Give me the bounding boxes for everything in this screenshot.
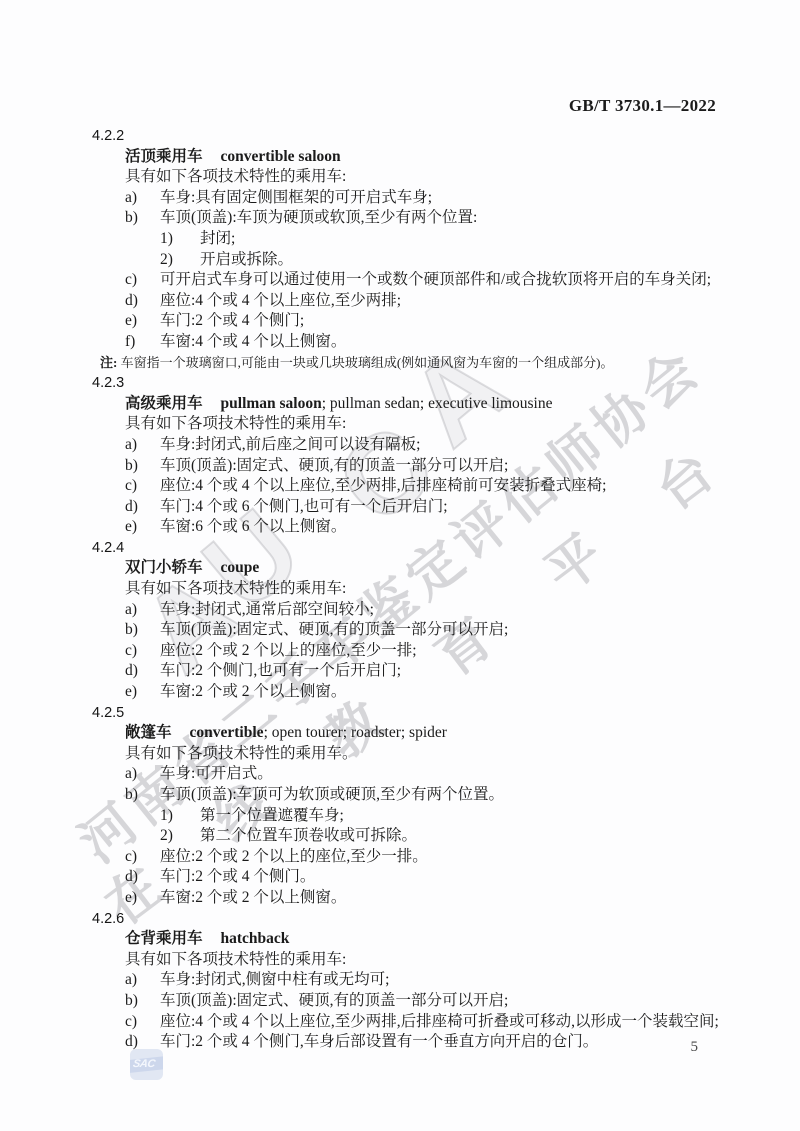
item-label: b) (125, 208, 160, 229)
definition-items: a)车身:封闭式,前后座之间可以设有隔板; b)车顶(顶盖):固定式、硬顶,有的… (0, 435, 800, 538)
definition-item: b)车顶(顶盖):车顶为硬顶或软顶,至少有两个位置: (125, 208, 800, 229)
subitem-text: 封闭; (200, 230, 235, 247)
definition-item: e)车窗:2 个或 2 个以上侧窗。 (125, 682, 800, 703)
definition-item: d)车门:2 个侧门,也可有一个后开启门; (125, 661, 800, 682)
term-chinese: 敞篷车 (125, 724, 172, 741)
definition-section: 4.2.3 高级乘用车pullman saloon; pullman sedan… (0, 373, 800, 538)
item-label: c) (125, 1012, 160, 1033)
definition-subitem: 2)开启或拆除。 (160, 250, 800, 271)
item-text: 座位:2 个或 2 个以上的座位,至少一排。 (160, 848, 428, 865)
term-english-synonyms: ; pullman sedan; executive limousine (322, 395, 553, 412)
item-text: 车窗:4 个或 4 个以上侧窗。 (160, 333, 346, 350)
item-text: 车身:可开启式。 (160, 765, 273, 782)
term-line: 敞篷车convertible; open tourer; roadster; s… (125, 723, 800, 744)
definition-items: a)车身:具有固定侧围框架的可开启式车身; b)车顶(顶盖):车顶为硬顶或软顶,… (0, 188, 800, 353)
document-page: A U C A 河南省二手车鉴定评估师协会 在线教育平台 GB/T 3730.1… (0, 0, 800, 1131)
item-text: 座位:2 个或 2 个以上的座位,至少一排; (160, 642, 417, 659)
section-number: 4.2.3 (92, 373, 800, 394)
term-chinese: 双门小轿车 (125, 559, 203, 576)
term-chinese: 高级乘用车 (125, 395, 203, 412)
item-label: b) (125, 991, 160, 1012)
item-text: 车顶(顶盖):固定式、硬顶,有的顶盖一部分可以开启; (160, 457, 508, 474)
definition-item: a)车身:封闭式,通常后部空间较小; (125, 600, 800, 621)
page-number: 5 (691, 1039, 699, 1056)
item-text: 座位:4 个或 4 个以上座位,至少两排; (160, 292, 401, 309)
section-intro: 具有如下各项技术特性的乘用车: (125, 579, 800, 600)
item-label: c) (125, 641, 160, 662)
item-label: a) (125, 435, 160, 456)
item-label: b) (125, 456, 160, 477)
definition-item: c)座位:2 个或 2 个以上的座位,至少一排。 (125, 847, 800, 868)
item-text: 车门:2 个侧门,也可有一个后开启门; (160, 662, 401, 679)
term-line: 高级乘用车pullman saloon; pullman sedan; exec… (125, 394, 800, 415)
item-label: d) (125, 497, 160, 518)
item-text: 可开启式车身可以通过使用一个或数个硬顶部件和/或合拢软顶将开启的车身关闭; (160, 271, 711, 288)
definition-item: a)车身:具有固定侧围框架的可开启式车身; (125, 188, 800, 209)
item-label: d) (125, 291, 160, 312)
item-label: c) (125, 476, 160, 497)
subitem-text: 第二个位置车顶卷收或可拆除。 (200, 827, 417, 844)
definition-items: a)车身:封闭式,通常后部空间较小; b)车顶(顶盖):固定式、硬顶,有的顶盖一… (0, 600, 800, 703)
item-text: 车窗:2 个或 2 个以上侧窗。 (160, 683, 346, 700)
item-text: 车身:封闭式,通常后部空间较小; (160, 601, 374, 618)
definition-item: c)可开启式车身可以通过使用一个或数个硬顶部件和/或合拢软顶将开启的车身关闭; (125, 270, 800, 291)
definition-section: 4.2.2 活顶乘用车convertible saloon 具有如下各项技术特性… (0, 126, 800, 373)
term-line: 双门小轿车coupe (125, 558, 800, 579)
term-chinese: 活顶乘用车 (125, 148, 203, 165)
section-intro: 具有如下各项技术特性的乘用车: (125, 950, 800, 971)
term-english-primary: pullman saloon (221, 395, 322, 412)
item-label: a) (125, 970, 160, 991)
definition-item: e)车门:2 个或 4 个侧门; (125, 311, 800, 332)
definition-item: d)车门:2 个或 4 个侧门。 (125, 867, 800, 888)
section-number: 4.2.6 (92, 909, 800, 930)
definition-subitem: 1)封闭; (160, 229, 800, 250)
item-label: c) (125, 847, 160, 868)
item-label: a) (125, 764, 160, 785)
section-intro: 具有如下各项技术特性的乘用车。 (125, 744, 800, 765)
definition-items: a)车身:可开启式。 b)车顶(顶盖):车顶可为软顶或硬顶,至少有两个位置。 (0, 764, 800, 908)
section-number: 4.2.5 (92, 703, 800, 724)
item-label: e) (125, 888, 160, 909)
item-text: 车身:具有固定侧围框架的可开启式车身; (160, 189, 432, 206)
page-header: GB/T 3730.1—2022 (569, 96, 716, 116)
sac-logo-text: SAC (132, 1058, 156, 1071)
term-chinese: 仓背乘用车 (125, 930, 203, 947)
standard-number: GB/T 3730.1—2022 (569, 96, 716, 115)
item-text: 座位:4 个或 4 个以上座位,至少两排,后排座椅可折叠或可移动,以形成一个装载… (160, 1013, 719, 1030)
term-english-primary: convertible (190, 724, 264, 741)
item-text: 车顶(顶盖):固定式、硬顶,有的顶盖一部分可以开启; (160, 992, 508, 1009)
item-label: d) (125, 867, 160, 888)
definition-item: b)车顶(顶盖):固定式、硬顶,有的顶盖一部分可以开启; (125, 620, 800, 641)
definition-subitem: 1)第一个位置遮覆车身; (160, 806, 800, 827)
item-text: 车顶(顶盖):车顶为硬顶或软顶,至少有两个位置: (160, 209, 477, 226)
definition-section: 4.2.5 敞篷车convertible; open tourer; roads… (0, 703, 800, 909)
section-note: 注: 车窗指一个玻璃窗口,可能由一块或几块玻璃组成(例如通风窗为车窗的一个组成部… (100, 353, 800, 374)
definition-section: 4.2.4 双门小轿车coupe 具有如下各项技术特性的乘用车: a)车身:封闭… (0, 538, 800, 703)
definition-items: a)车身:封闭式,侧窗中柱有或无均可; b)车顶(顶盖):固定式、硬顶,有的顶盖… (0, 970, 800, 1052)
term-english-synonyms: ; open tourer; roadster; spider (264, 724, 447, 741)
subitem-label: 1) (160, 806, 200, 827)
document-content: 4.2.2 活顶乘用车convertible saloon 具有如下各项技术特性… (0, 126, 800, 1053)
section-number: 4.2.2 (92, 126, 800, 147)
term-english-primary: coupe (221, 559, 260, 576)
term-english-primary: convertible saloon (221, 148, 341, 165)
item-text: 车顶(顶盖):固定式、硬顶,有的顶盖一部分可以开启; (160, 621, 508, 638)
section-intro: 具有如下各项技术特性的乘用车: (125, 414, 800, 435)
item-text: 座位:4 个或 4 个以上座位,至少两排,后排座椅前可安装折叠式座椅; (160, 477, 607, 494)
definition-item: a)车身:封闭式,侧窗中柱有或无均可; (125, 970, 800, 991)
item-text: 车身:封闭式,侧窗中柱有或无均可; (160, 971, 390, 988)
definition-item: b)车顶(顶盖):固定式、硬顶,有的顶盖一部分可以开启; (125, 456, 800, 477)
definition-subitems: 1)第一个位置遮覆车身; 2)第二个位置车顶卷收或可拆除。 (0, 806, 800, 847)
section-intro: 具有如下各项技术特性的乘用车: (125, 167, 800, 188)
definition-item: e)车窗:6 个或 6 个以上侧窗。 (125, 517, 800, 538)
definition-item: c)座位:4 个或 4 个以上座位,至少两排,后排座椅可折叠或可移动,以形成一个… (125, 1012, 800, 1033)
item-label: c) (125, 270, 160, 291)
item-label: e) (125, 311, 160, 332)
term-english-primary: hatchback (221, 930, 290, 947)
item-text: 车门:2 个或 4 个侧门; (160, 312, 304, 329)
item-text: 车门:2 个或 4 个侧门。 (160, 868, 315, 885)
subitem-label: 2) (160, 250, 200, 271)
definition-item: d)座位:4 个或 4 个以上座位,至少两排; (125, 291, 800, 312)
subitem-text: 第一个位置遮覆车身; (200, 807, 344, 824)
definition-item: c)座位:4 个或 4 个以上座位,至少两排,后排座椅前可安装折叠式座椅; (125, 476, 800, 497)
definition-item: c)座位:2 个或 2 个以上的座位,至少一排; (125, 641, 800, 662)
section-number: 4.2.4 (92, 538, 800, 559)
definition-item: b)车顶(顶盖):车顶可为软顶或硬顶,至少有两个位置。 (125, 785, 800, 806)
definition-item: d)车门:4 个或 6 个侧门,也可有一个后开启门; (125, 497, 800, 518)
term-line: 活顶乘用车convertible saloon (125, 147, 800, 168)
item-label: b) (125, 785, 160, 806)
item-label: e) (125, 682, 160, 703)
item-label: a) (125, 600, 160, 621)
definition-item: b)车顶(顶盖):固定式、硬顶,有的顶盖一部分可以开启; (125, 991, 800, 1012)
definition-item: a)车身:可开启式。 (125, 764, 800, 785)
subitem-text: 开启或拆除。 (200, 251, 293, 268)
item-label: f) (125, 332, 160, 353)
item-text: 车顶(顶盖):车顶可为软顶或硬顶,至少有两个位置。 (160, 786, 504, 803)
definition-section: 4.2.6 仓背乘用车hatchback 具有如下各项技术特性的乘用车: a)车… (0, 909, 800, 1053)
definition-subitem: 2)第二个位置车顶卷收或可拆除。 (160, 826, 800, 847)
term-line: 仓背乘用车hatchback (125, 929, 800, 950)
item-text: 车门:2 个或 4 个侧门,车身后部设置有一个垂直方向开启的仓门。 (160, 1033, 598, 1050)
definition-item: d)车门:2 个或 4 个侧门,车身后部设置有一个垂直方向开启的仓门。 (125, 1032, 800, 1053)
item-label: a) (125, 188, 160, 209)
item-label: e) (125, 517, 160, 538)
item-label: b) (125, 620, 160, 641)
item-text: 车门:4 个或 6 个侧门,也可有一个后开启门; (160, 498, 448, 515)
definition-item: a)车身:封闭式,前后座之间可以设有隔板; (125, 435, 800, 456)
subitem-label: 2) (160, 826, 200, 847)
sac-logo: SAC (130, 1049, 163, 1080)
item-text: 车窗:6 个或 6 个以上侧窗。 (160, 518, 346, 535)
item-text: 车窗:2 个或 2 个以上侧窗。 (160, 889, 346, 906)
subitem-label: 1) (160, 229, 200, 250)
definition-item: f)车窗:4 个或 4 个以上侧窗。 (125, 332, 800, 353)
definition-subitems: 1)封闭; 2)开启或拆除。 (0, 229, 800, 270)
item-text: 车身:封闭式,前后座之间可以设有隔板; (160, 436, 421, 453)
definition-item: e)车窗:2 个或 2 个以上侧窗。 (125, 888, 800, 909)
item-label: d) (125, 661, 160, 682)
